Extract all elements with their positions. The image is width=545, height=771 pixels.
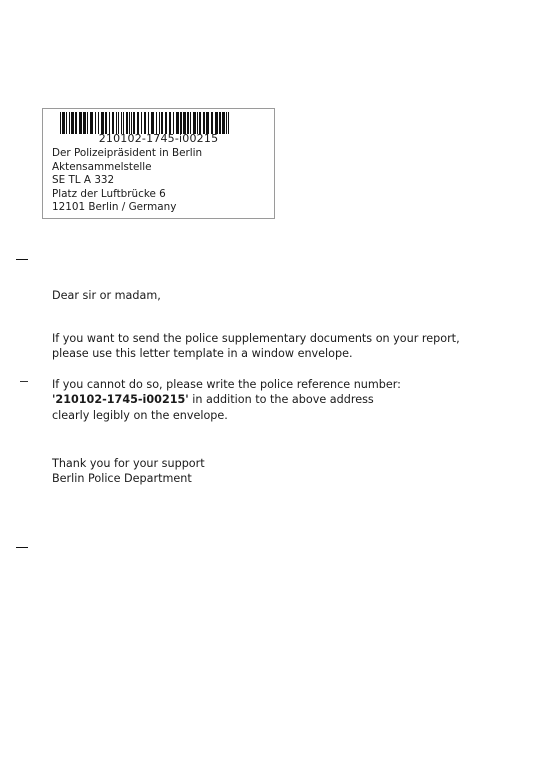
paragraph-line: If you want to send the police supplemen… <box>52 331 460 346</box>
paragraph-text: in addition to the above address <box>189 393 374 406</box>
closing: Thank you for your support Berlin Police… <box>52 456 205 487</box>
barcode-number: 210102-1745-i00215 <box>43 132 274 145</box>
salutation: Dear sir or madam, <box>52 288 161 303</box>
barcode-icon <box>60 112 232 134</box>
address-line: Aktensammelstelle <box>52 161 202 175</box>
address-line: SE TL A 332 <box>52 174 202 188</box>
reference-number: '210102-1745-i00215' <box>52 393 189 406</box>
paragraph-line: '210102-1745-i00215' in addition to the … <box>52 392 401 407</box>
punch-mark <box>20 381 28 382</box>
closing-line: Thank you for your support <box>52 456 205 471</box>
paragraph-line: clearly legibly on the envelope. <box>52 408 401 423</box>
address-line: 12101 Berlin / Germany <box>52 201 202 215</box>
address-label: 210102-1745-i00215 Der Polizeipräsident … <box>42 108 275 219</box>
address-line: Platz der Luftbrücke 6 <box>52 188 202 202</box>
paragraph-instructions: If you want to send the police supplemen… <box>52 331 460 362</box>
signature: Berlin Police Department <box>52 471 205 486</box>
recipient-address: Der Polizeipräsident in Berlin Aktensamm… <box>52 147 202 215</box>
paragraph-line: If you cannot do so, please write the po… <box>52 377 401 392</box>
fold-mark-bottom <box>16 547 28 548</box>
paragraph-reference: If you cannot do so, please write the po… <box>52 377 401 423</box>
address-line: Der Polizeipräsident in Berlin <box>52 147 202 161</box>
fold-mark-top <box>16 259 28 260</box>
paragraph-line: please use this letter template in a win… <box>52 346 460 361</box>
